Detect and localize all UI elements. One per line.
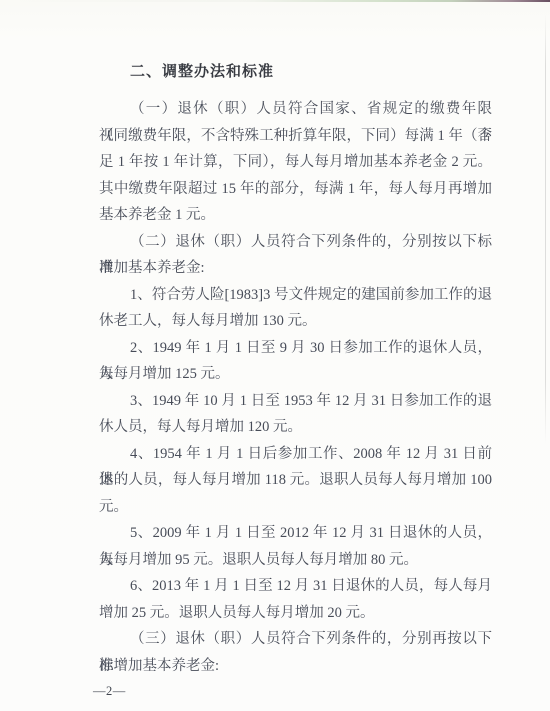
page-number: —2— <box>93 684 126 699</box>
text-line: （二）退休（职）人员符合下列条件的，分别按以下标准 <box>99 229 492 256</box>
text-line: 休人员，每人每月增加 120 元。 <box>99 414 492 441</box>
text-line: 足 1 年按 1 年计算，下同），每人每月增加基本养老金 2 元。 <box>99 149 492 176</box>
text-line: 视同缴费年限，不含特殊工种折算年限，下同）每满 1 年（不 <box>99 123 492 150</box>
scanned-document-page: 二、调整办法和标准 （一）退休（职）人员符合国家、省规定的缴费年限（含视同缴费年… <box>0 0 550 711</box>
text-line: 6、2013 年 1 月 1 日至 12 月 31 日退休的人员，每人每月 <box>99 573 492 600</box>
text-line: 增加基本养老金: <box>99 255 492 282</box>
text-line: 休老工人，每人每月增加 130 元。 <box>99 308 492 335</box>
text-line: 5、2009 年 1 月 1 日至 2012 年 12 月 31 日退休的人员，… <box>99 520 492 547</box>
text-line: 人每月增加 125 元。 <box>99 361 492 388</box>
document-body: 二、调整办法和标准 （一）退休（职）人员符合国家、省规定的缴费年限（含视同缴费年… <box>99 60 492 679</box>
text-line: 3、1949 年 10 月 1 日至 1953 年 12 月 31 日参加工作的… <box>99 388 492 415</box>
text-line: 人每月增加 95 元。退职人员每人每月增加 80 元。 <box>99 547 492 574</box>
text-line: 2、1949 年 1 月 1 日至 9 月 30 日参加工作的退休人员，每 <box>99 335 492 362</box>
text-line: 元。 <box>99 494 492 521</box>
text-line: （一）退休（职）人员符合国家、省规定的缴费年限（含 <box>99 96 492 123</box>
scan-top-edge-line <box>0 0 550 2</box>
text-line: 基本养老金 1 元。 <box>99 202 492 229</box>
document-lines: （一）退休（职）人员符合国家、省规定的缴费年限（含视同缴费年限，不含特殊工种折算… <box>99 96 492 679</box>
text-line: 休的人员，每人每月增加 118 元。退职人员每人每月增加 100 <box>99 467 492 494</box>
text-line: 1、符合劳人险[1983]3 号文件规定的建国前参加工作的退 <box>99 282 492 309</box>
section-heading: 二、调整办法和标准 <box>99 60 492 84</box>
text-line: （三）退休（职）人员符合下列条件的，分别再按以下标 <box>99 626 492 653</box>
text-line: 准增加基本养老金: <box>99 653 492 680</box>
text-line: 4、1954 年 1 月 1 日后参加工作、2008 年 12 月 31 日前退 <box>99 441 492 468</box>
text-line: 其中缴费年限超过 15 年的部分，每满 1 年，每人每月再增加 <box>99 176 492 203</box>
page-right-edge-line <box>545 14 546 444</box>
text-line: 增加 25 元。退职人员每人每月增加 20 元。 <box>99 600 492 627</box>
